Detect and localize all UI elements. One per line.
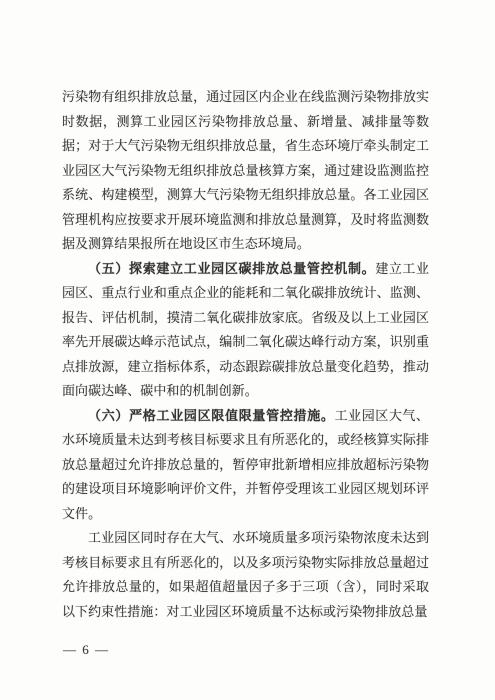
paragraph-continuation: 污染物有组织排放总量，通过园区内企业在线监测污染物排放实时数据，测算工业园区污染… <box>62 85 429 257</box>
paragraph-text: 污染物有组织排放总量，通过园区内企业在线监测污染物排放实时数据，测算工业园区污染… <box>62 89 429 251</box>
paragraph-section-6: （六）严格工业园区限值限量管控措施。工业园区大气、水环境质量未达到考核目标要求且… <box>62 404 429 527</box>
paragraph-text: 工业园区同时存在大气、水环境质量多项污染物浓度未达到考核目标要求且有所恶化的，以… <box>62 530 429 619</box>
paragraph-text: 建立工业园区、重点行业和重点企业的能耗和二氧化碳排放统计、监测、报告、评估机制，… <box>62 261 429 399</box>
paragraph-constraints: 工业园区同时存在大气、水环境质量多项污染物浓度未达到考核目标要求且有所恶化的，以… <box>62 526 429 624</box>
scanned-document-page: 污染物有组织排放总量，通过园区内企业在线监测污染物排放实时数据，测算工业园区污染… <box>0 0 495 700</box>
paragraph-section-5: （五）探索建立工业园区碳排放总量管控机制。建立工业园区、重点行业和重点企业的能耗… <box>62 257 429 404</box>
paragraph-text: 工业园区大气、水环境质量未达到考核目标要求且有所恶化的，或经核算实际排放总量超过… <box>62 408 429 521</box>
document-body-text: 污染物有组织排放总量，通过园区内企业在线监测污染物排放实时数据，测算工业园区污染… <box>62 85 429 624</box>
page-number: — 6 — <box>63 641 110 659</box>
section-heading-5: （五）探索建立工业园区碳排放总量管控机制。 <box>88 261 375 276</box>
section-heading-6: （六）严格工业园区限值限量管控措施。 <box>88 408 335 423</box>
